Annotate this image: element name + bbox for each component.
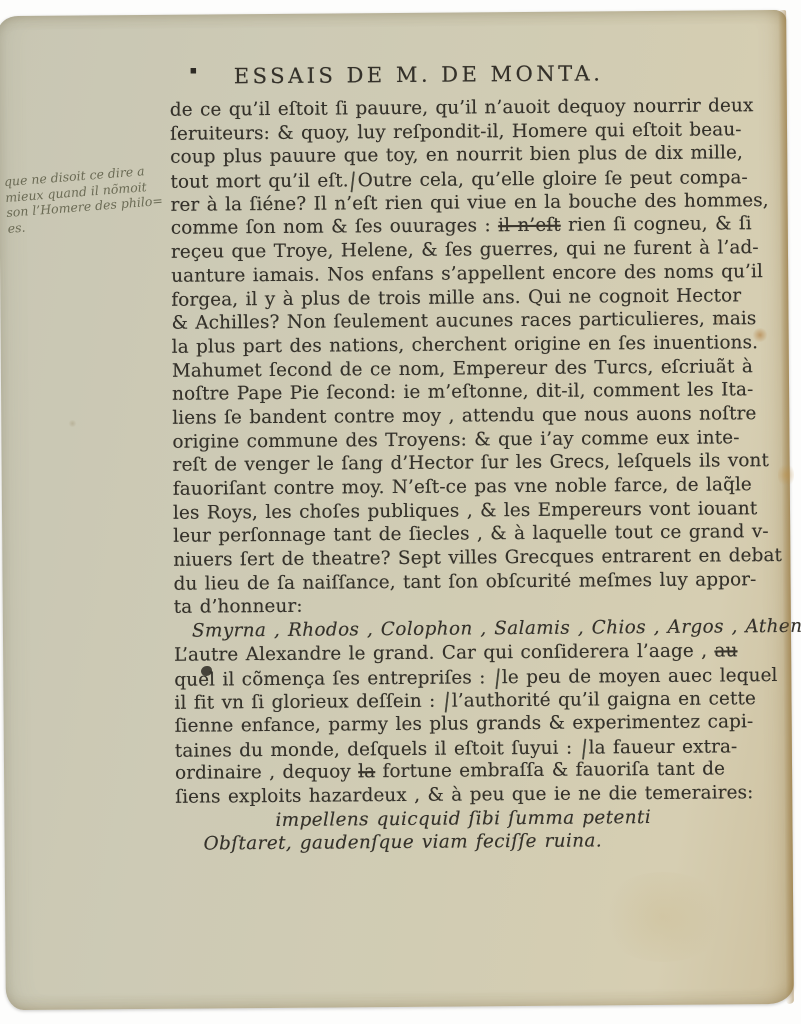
text-segment: la plus part des nations, cherchent orig… bbox=[172, 332, 758, 358]
text-segment: la faueur extra- bbox=[589, 736, 738, 758]
text-line: Obſtaret, gaudenſque viam feciſſe ruina. bbox=[176, 829, 724, 857]
scanner-background: ▪ ESSAIS DE M. DE MONTA. que ne disoit c… bbox=[0, 0, 801, 1024]
text-segment: forgea, il y à plus de trois mille ans. … bbox=[171, 285, 741, 310]
text-segment: rien ſi cogneu, & ſi bbox=[561, 214, 752, 236]
text-segment: taines du monde, deſquels il eſtoit ſuyu… bbox=[175, 737, 580, 761]
text-segment: l’authorité qu’il gaigna en cette bbox=[452, 688, 756, 711]
text-segment: impellens quicquid ſibi ſumma petenti bbox=[275, 807, 651, 831]
text-line: L’autre Alexandre le grand. Car qui conſ… bbox=[174, 639, 722, 667]
text-segment: reſt de venger le ſang d’Hector ſur les … bbox=[173, 450, 769, 476]
text-segment: & Achilles? Non ſeulement aucunes races … bbox=[171, 308, 756, 334]
pen-struck-text: au bbox=[714, 640, 737, 661]
handwritten-marginalia: que ne disoit ce dire amieux quand il nõ… bbox=[3, 161, 179, 236]
text-segment: ſienne enfance, parmy les plus grands & … bbox=[175, 711, 754, 737]
text-segment: ordinaire , dequoy bbox=[175, 762, 358, 784]
text-line: uanture iamais. Nos enfans s’appellent e… bbox=[171, 260, 719, 288]
text-segment: Smyrna , Rhodos , Colophon , Salamis , C… bbox=[192, 616, 801, 642]
text-segment: L’autre Alexandre le grand. Car qui conſ… bbox=[174, 640, 714, 665]
text-line: du lieu de ſa naiſſance, tant ſon obſcur… bbox=[173, 568, 721, 596]
running-header: ESSAIS DE M. DE MONTA. bbox=[158, 61, 678, 89]
text-segment: reçeu que Troye, Helene, & ſes guerres, … bbox=[171, 237, 759, 263]
text-segment: comme ſon nom & ſes ouurages : bbox=[171, 216, 498, 240]
text-segment: coup plus pauure que toy, en nourrit bie… bbox=[170, 143, 743, 168]
text-segment: Mahumet ſecond de ce nom, Empereur des T… bbox=[172, 356, 753, 382]
text-segment: du lieu de ſa naiſſance, tant ſon obſcur… bbox=[173, 569, 756, 595]
text-segment: rer à la ſiéne? Il n’eſt rien qui viue e… bbox=[171, 190, 769, 216]
text-segment: liens ſe bandent contre moy , attendu qu… bbox=[172, 403, 756, 429]
text-segment: quel il cõmença ſes entrepriſes : bbox=[174, 667, 493, 691]
text-segment: uanture iamais. Nos enfans s’appellent e… bbox=[171, 261, 763, 287]
pen-insertion-mark: | bbox=[579, 736, 589, 760]
text-segment: leur perſonnage tant de ſiecles , & à la… bbox=[173, 521, 769, 547]
text-segment: le peu de moyen auec lequel bbox=[502, 665, 778, 688]
text-segment: fortune embraſſa & fauoriſa tant de bbox=[375, 759, 725, 783]
pen-insertion-mark: | bbox=[492, 665, 502, 689]
text-segment: ta d’honneur: bbox=[174, 596, 303, 618]
text-segment: ſiens exploits hazardeux , & à peu que i… bbox=[175, 782, 753, 808]
text-segment: Outre cela, qu’elle gloire ſe peut compa… bbox=[358, 167, 748, 191]
book-page: ▪ ESSAIS DE M. DE MONTA. que ne disoit c… bbox=[0, 10, 794, 1010]
text-segment: Obſtaret, gaudenſque viam feciſſe ruina. bbox=[204, 831, 603, 855]
pen-struck-text: il n’eſt bbox=[498, 215, 561, 236]
text-segment: il fit vn ſi glorieux deſſein : bbox=[174, 691, 442, 714]
text-segment: ſeruiteurs: & quoy, luy reſpondit-il, Ho… bbox=[170, 119, 742, 144]
text-segment: origine commune des Troyens: & que i’ay … bbox=[172, 427, 739, 452]
body-text-block: de ce qu’il eſtoit ſi pauure, qu’il n’au… bbox=[170, 94, 724, 856]
text-segment: les Roys, les choſes publiques , & les E… bbox=[173, 498, 757, 524]
text-segment: niuers ſert de theatre? Sept villes Grec… bbox=[173, 545, 782, 571]
text-line: impellens quicquid ſibi ſumma petenti bbox=[175, 805, 723, 833]
pen-struck-text: la bbox=[358, 761, 375, 782]
text-segment: tout mort qu’il eſt. bbox=[170, 170, 348, 192]
text-segment: noſtre Pape Pie ſecond: ie m’eſtonne, di… bbox=[172, 379, 753, 405]
text-segment: de ce qu’il eſtoit ſi pauure, qu’il n’au… bbox=[170, 95, 754, 121]
text-segment: fauoriſant contre moy. N’eſt-ce pas vne … bbox=[173, 474, 752, 500]
